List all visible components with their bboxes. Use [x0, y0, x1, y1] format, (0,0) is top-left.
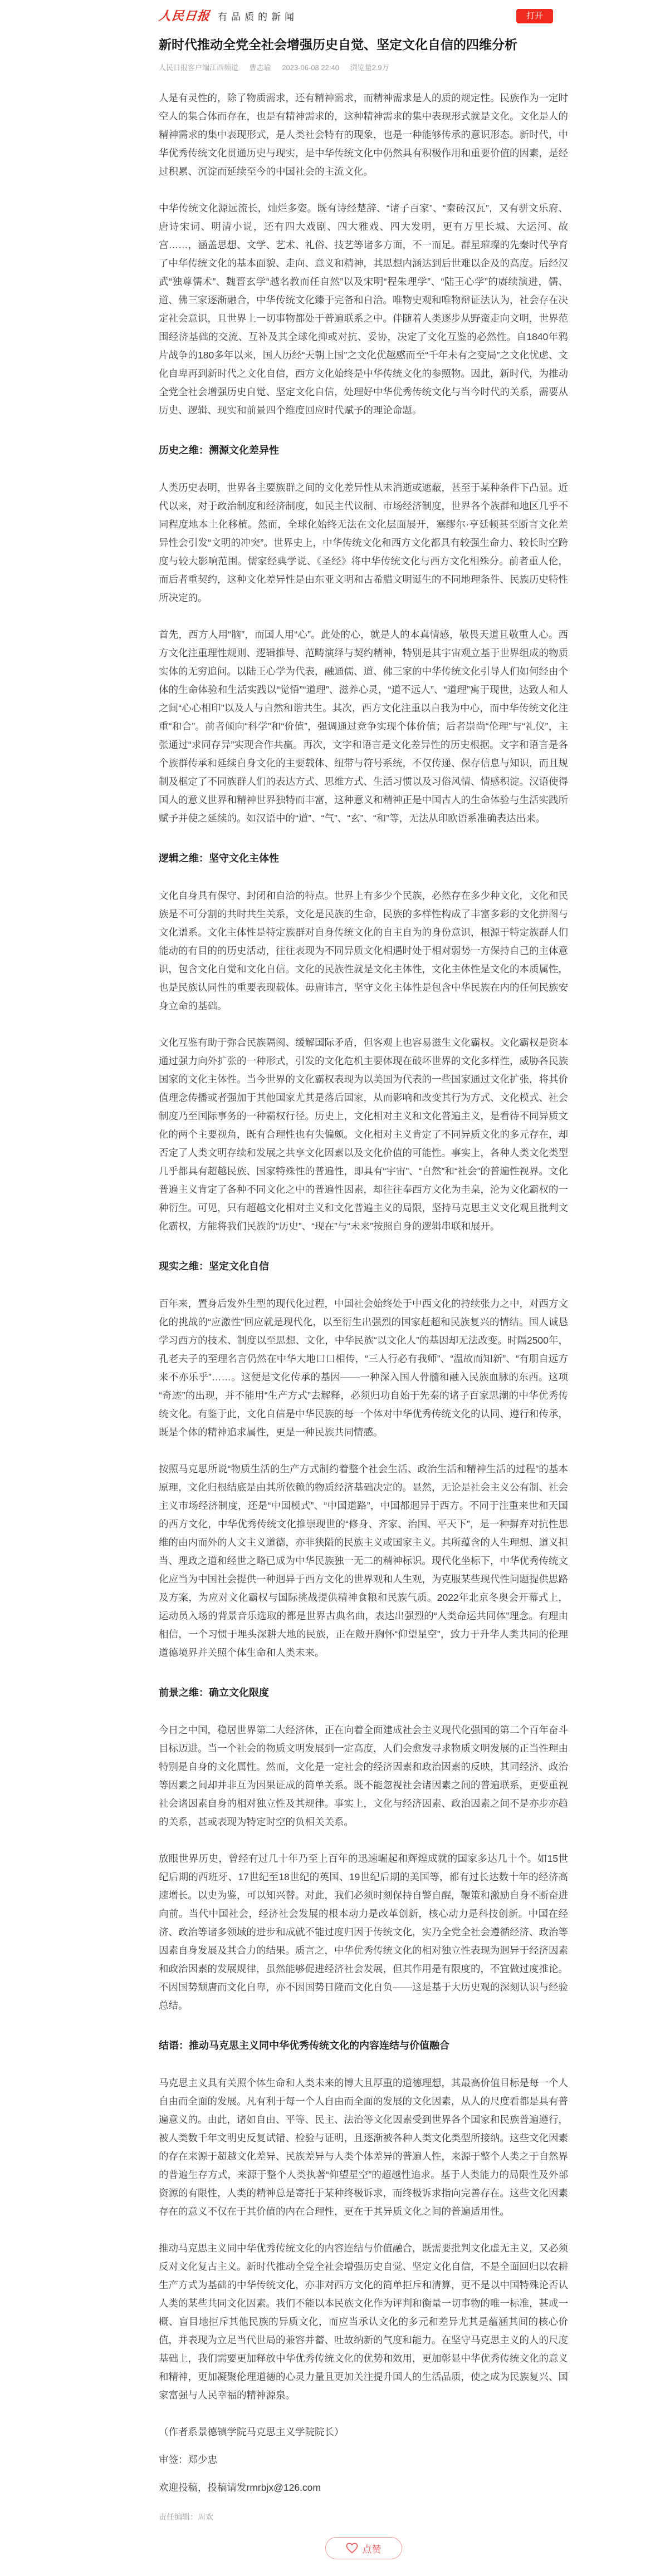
- section-heading-logic: 逻辑之维：坚守文化主体性: [159, 851, 568, 866]
- article-paragraph: 推动马克思主义同中华优秀传统文化的内容连结与价值融合，既需要批判文化虚无主义，又…: [159, 2239, 568, 2405]
- approver-line: 审签：郑少忠: [159, 2451, 568, 2469]
- article-paragraph: 马克思主义具有关照个体生命和人类未来的博大且厚重的道德理想，其最高价值目标是每一…: [159, 2074, 568, 2221]
- section-heading-history: 历史之维：溯源文化差异性: [159, 443, 568, 458]
- peoples-daily-logo-text: 人民日报: [158, 9, 211, 23]
- article-paragraph: 人类历史表明，世界各主要族群之间的文化差异性从未消逝或遮蔽，甚至于某种条件下凸显…: [159, 479, 568, 607]
- article-body: 人是有灵性的，除了物质需求，还有精神需求，而精神需求是人的质的规定性。民族作为一…: [159, 89, 568, 2405]
- editor-line: 责任编辑：周欢: [159, 2511, 568, 2523]
- like-label: 点赞: [363, 2541, 382, 2555]
- heart-icon: [346, 2543, 358, 2554]
- section-heading-reality: 现实之维：坚定文化自信: [159, 1259, 568, 1274]
- article-paragraph: 首先，西方人用“脑”，而国人用“心”。此处的心，就是人的本真情感，敬畏天道且敬重…: [159, 626, 568, 828]
- byline-source: 人民日报客户端江西频道: [159, 63, 238, 72]
- author-note: （作者系景德镇学院马克思主义学院院长）: [159, 2423, 568, 2441]
- section-heading-conclusion: 结语：推动马克思主义同中华优秀传统文化的内容连结与价值融合: [159, 2038, 568, 2053]
- article-title: 新时代推动全党全社会增强历史自觉、坚定文化自信的四维分析: [159, 36, 568, 53]
- section-heading-prospect: 前景之维：确立文化限度: [159, 1685, 568, 1700]
- article-paragraph: 按照马克思所说“物质生活的生产方式制约着整个社会生活、政治生活和精神生活的过程”…: [159, 1460, 568, 1662]
- logo-tagline: 有品质的新闻: [218, 9, 298, 23]
- byline-author: 曹志瑜: [250, 63, 271, 72]
- article-page: 人民日报 有品质的新闻 打开 新时代推动全党全社会增强历史自觉、坚定文化自信的四…: [159, 0, 568, 2576]
- masthead: 人民日报 有品质的新闻 打开: [159, 9, 568, 26]
- article-paragraph: 文化互鉴有助于弥合民族隔阂、缓解国际矛盾，但客观上也容易滋生文化霸权。文化霸权是…: [159, 1034, 568, 1236]
- article-paragraph: 放眼世界历史，曾经有过几十年乃至上百年的迅速崛起和辉煌成就的国家多达几十个。如1…: [159, 1850, 568, 2015]
- article-paragraph: 百年来，置身后发外生型的现代化过程，中国社会始终处于中西文化的持续张力之中，对西…: [159, 1295, 568, 1442]
- article-paragraph: 中华传统文化源远流长，灿烂多姿。既有诗经楚辞、“诸子百家”、“秦砖汉瓦”，又有骈…: [159, 199, 568, 420]
- contribute-line: 欢迎投稿，投稿请发rmrbjx@126.com: [159, 2479, 568, 2497]
- byline: 人民日报客户端江西频道 曹志瑜 2023-06-08 22:40 浏览量2.9万: [159, 62, 568, 72]
- byline-datetime: 2023-06-08 22:40: [282, 63, 339, 72]
- article-paragraph: 今日之中国，稳居世界第二大经济体，正在向着全面建成社会主义现代化强国的第二个百年…: [159, 1721, 568, 1831]
- article-paragraph: 人是有灵性的，除了物质需求，还有精神需求，而精神需求是人的质的规定性。民族作为一…: [159, 89, 568, 181]
- byline-views: 浏览量2.9万: [350, 63, 389, 72]
- peoples-daily-logo[interactable]: 人民日报 有品质的新闻: [159, 9, 568, 23]
- article-paragraph: 文化自身具有保守、封闭和自洽的特点。世界上有多少个民族，必然存在多少种文化，文化…: [159, 887, 568, 1015]
- like-button[interactable]: 点赞: [325, 2537, 402, 2559]
- open-app-button[interactable]: 打开: [516, 9, 553, 23]
- like-row: 点赞: [159, 2537, 568, 2576]
